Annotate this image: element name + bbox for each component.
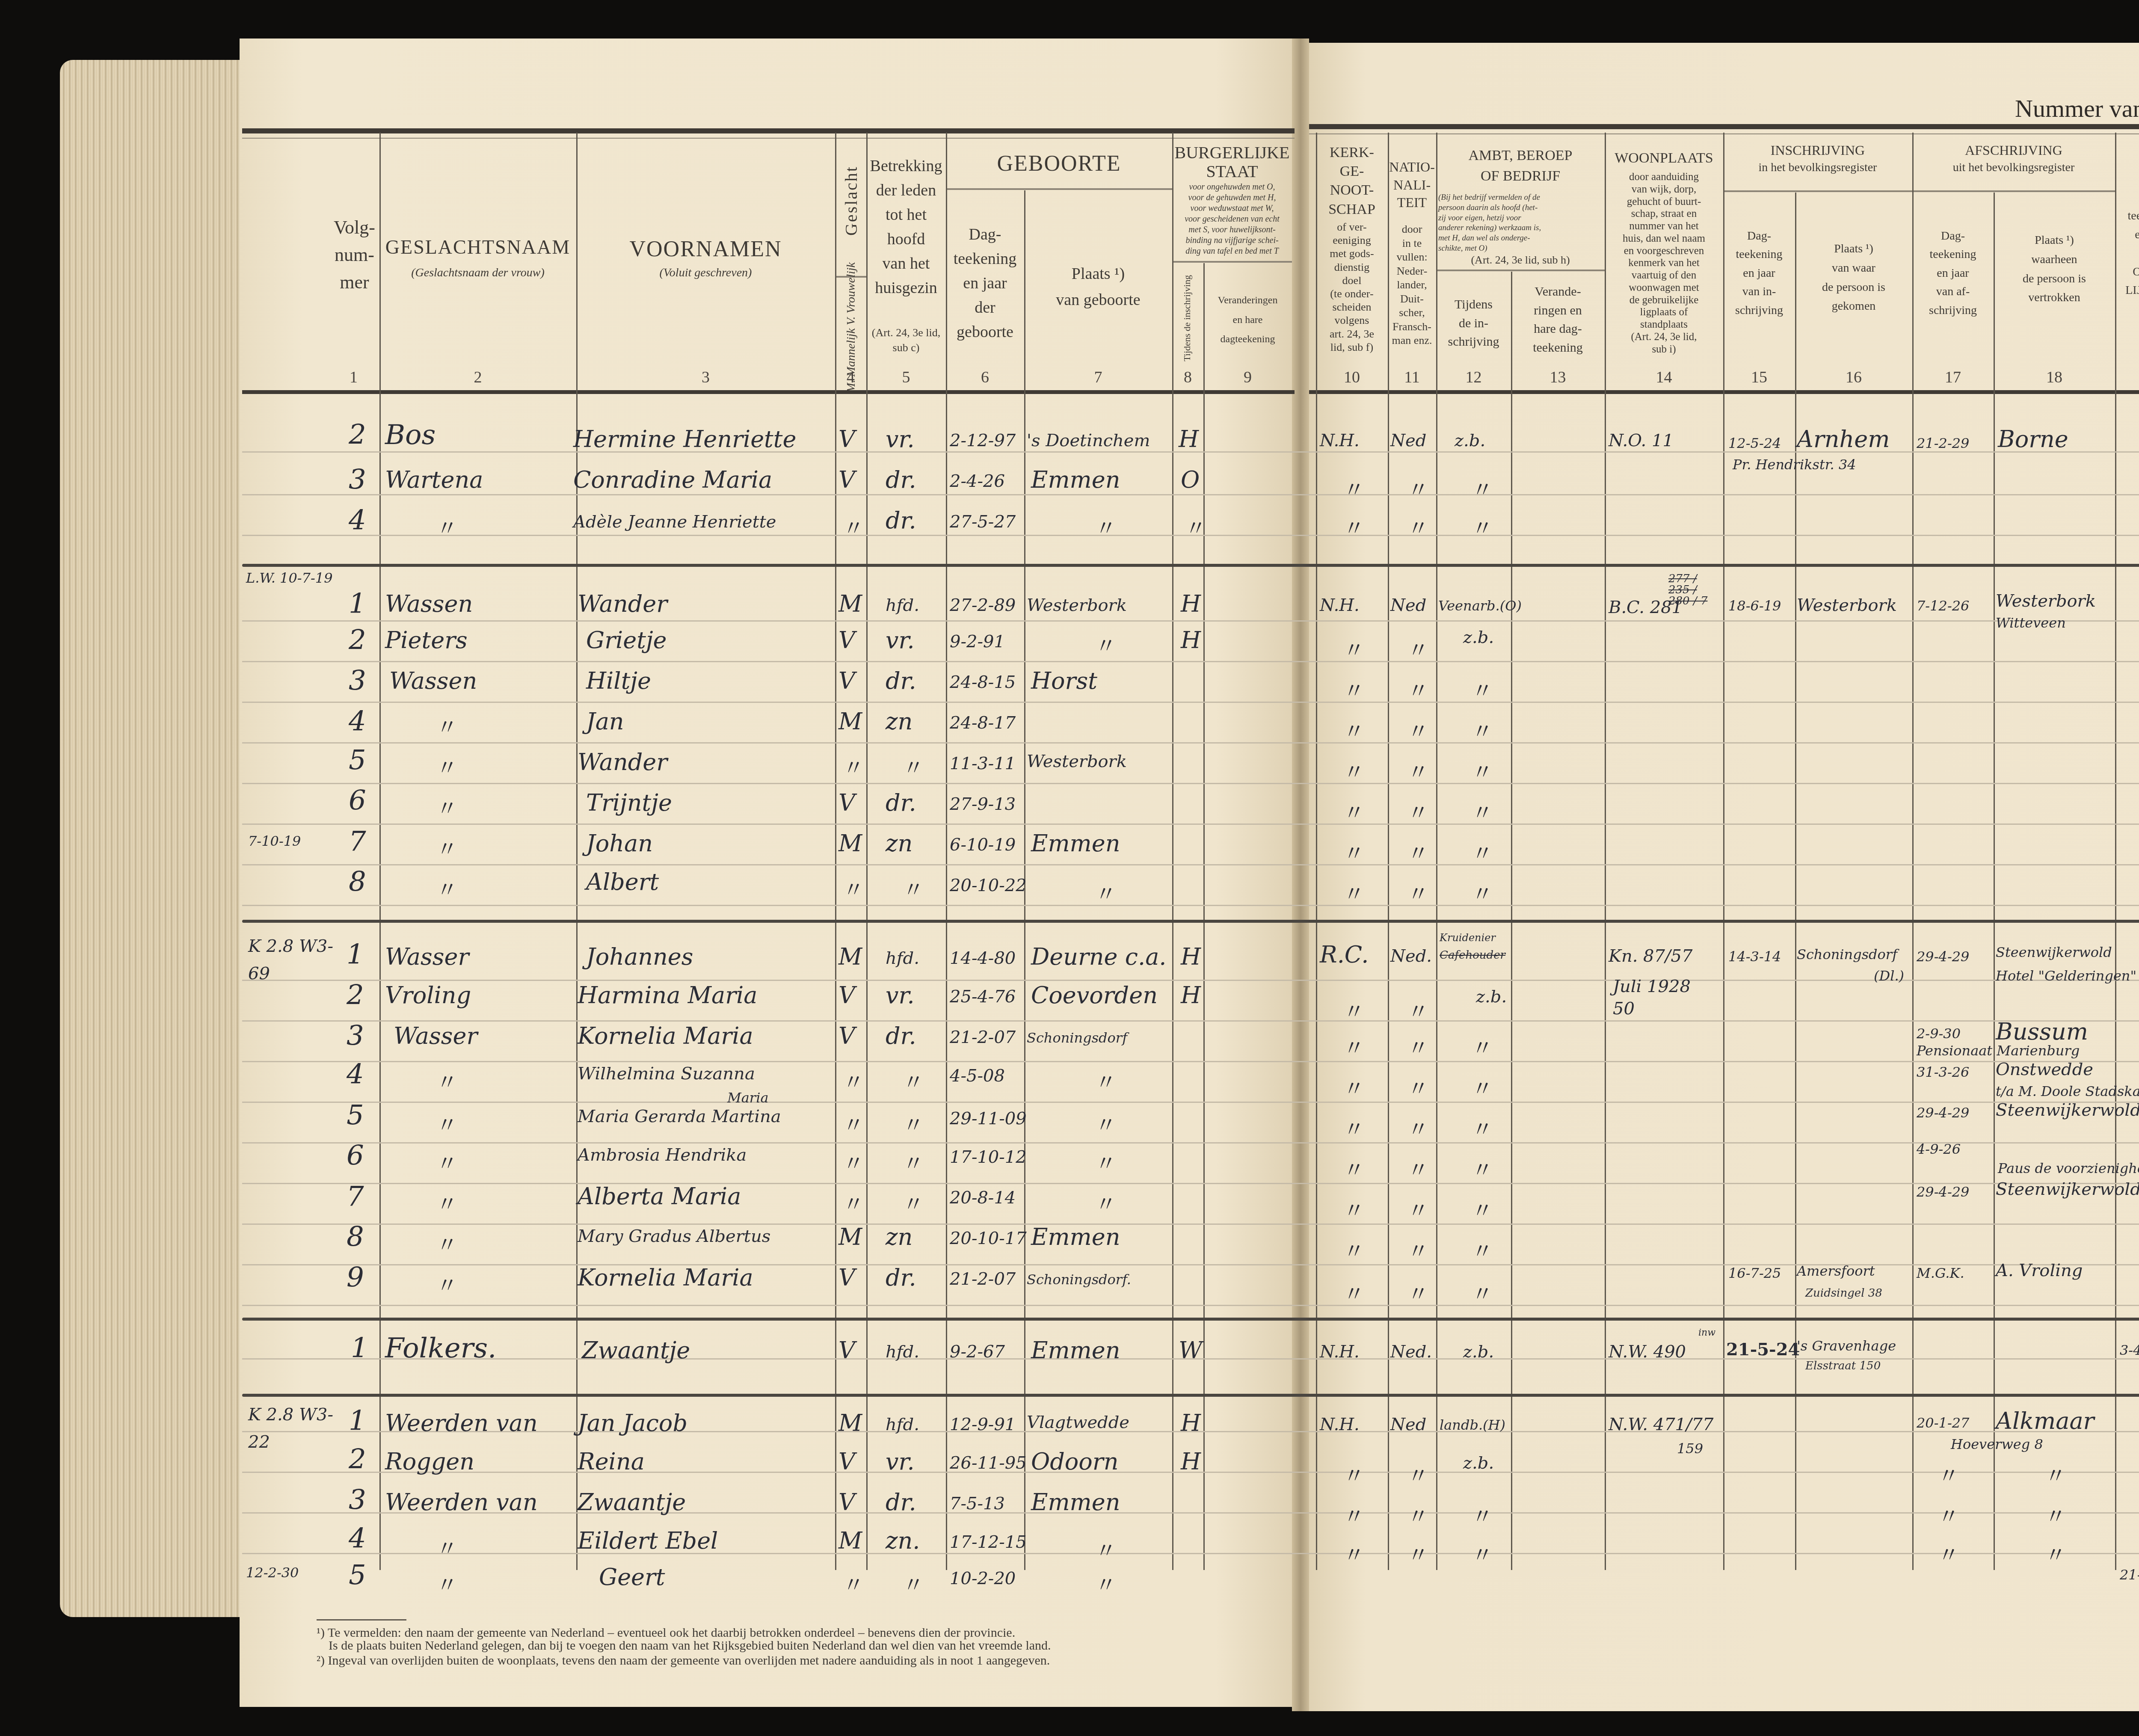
row-nr: 3 [349, 466, 366, 494]
header-line: door aanduiding [1605, 171, 1723, 184]
top-rule-right [1309, 124, 2139, 129]
header-geslachtsnaam: GESLACHTSNAAM [379, 233, 576, 262]
row-rule [242, 1223, 2139, 1225]
birth-date: 27-2-89 [950, 597, 1016, 614]
surname: Roggen [385, 1450, 474, 1473]
row-rule [242, 1183, 2139, 1184]
header-beroep-veranderingen: Verande- ringen en hare dag- teekening [1511, 282, 1605, 357]
birth-date: 14-4-80 [950, 950, 1016, 967]
header-woonplaats: WOONPLAATS [1605, 148, 1723, 169]
header-line: voor de gehuwden met H, [1173, 193, 1291, 203]
surname: Weerden van [385, 1412, 538, 1435]
row-nr: 2 [349, 421, 366, 449]
header-betrekking-sub: (Art. 24, 3e lid, sub c) [866, 325, 946, 355]
book-gutter [1292, 39, 1309, 1711]
sex: V [838, 468, 855, 492]
given-names: Harmina Maria [578, 984, 757, 1007]
header-line: van geboorte [1024, 287, 1172, 313]
header-line: Dag- [1912, 227, 1994, 245]
ditto-mark: 〃 [1472, 755, 1493, 786]
sex: M [838, 832, 862, 855]
registration-extra: (Dl.) [1874, 969, 1904, 983]
header-ambt-art: (Art. 24, 3e lid, sub h) [1436, 252, 1605, 267]
deregistration-destination: Alkmaar [1996, 1410, 2094, 1433]
header-line: voor weduwstaat met W, [1173, 203, 1291, 214]
relation: vr. [886, 1450, 915, 1473]
ditto-mark: 〃 [903, 873, 924, 904]
header-line: nummer van het [1605, 220, 1723, 233]
relation: dr. [886, 1491, 916, 1514]
header-line: dienstig [1316, 261, 1388, 274]
residence: Kn. 87/57 [1609, 948, 1692, 965]
ditto-mark: 〃 [436, 873, 458, 904]
ditto-mark: 〃 [1472, 674, 1493, 705]
surname: Folkers. [385, 1335, 496, 1362]
row-rule [242, 864, 2139, 865]
relation: dr. [886, 1266, 916, 1289]
header-betrekking: Betrekking der leden tot het hoofd van h… [866, 154, 946, 300]
deregistration-date: 2-9-30 [1917, 1027, 1961, 1040]
header-line: Dag- [946, 222, 1024, 247]
ditto-mark: 〃 [1343, 633, 1365, 664]
header-line: Plaats ¹) [1994, 231, 2115, 250]
column-number: 19 [2115, 368, 2139, 387]
birth-date: 9-2-91 [950, 633, 1005, 650]
ditto-mark: 〃 [1472, 1153, 1493, 1184]
header-line: de persoon is [1994, 270, 2115, 289]
given-names: Hermine Henriette [573, 428, 796, 451]
ditto-mark: 〃 [1407, 836, 1429, 867]
ditto-mark: 〃 [436, 1108, 458, 1139]
row-nr: 2 [347, 982, 364, 1009]
col-line [576, 133, 578, 1570]
relation: vr. [886, 629, 915, 652]
header-line: anderer rekening) werkzaam is, [1438, 223, 1603, 233]
ditto-mark: 〃 [1407, 755, 1429, 786]
header-voornamen-sub: (Voluit geschreven) [576, 265, 835, 281]
birth-place: Westerbork [1027, 753, 1127, 770]
ditto-mark: 〃 [903, 1187, 924, 1218]
geboorte-subrule [946, 188, 1172, 190]
ditto-mark: 〃 [1472, 836, 1493, 867]
birth-date: 17-10-12 [950, 1149, 1027, 1166]
ditto-mark: 〃 [1407, 1234, 1429, 1265]
header-burgerlijke-staat: BURGERLIJKE STAAT [1172, 143, 1292, 181]
given-names: Johan [586, 832, 653, 855]
birth-date: 25-4-76 [950, 988, 1016, 1005]
given-names: Maria Gerarda Martina [578, 1108, 781, 1125]
ditto-mark: 〃 [1407, 633, 1429, 664]
header-geslacht: Geslacht [839, 154, 864, 248]
margin-note: L.W. 10-7-19 [246, 571, 340, 585]
occupation: z.b. [1455, 432, 1485, 449]
footnote-2: ²) Ingeval van overlijden buiten de woon… [317, 1653, 1050, 1668]
birth-date: 27-5-27 [950, 513, 1016, 530]
row-rule [242, 661, 2139, 662]
civil-status: H [1181, 592, 1201, 616]
header-woonplaats-sub: door aanduiding van wijk, dorp, gehucht … [1605, 171, 1723, 355]
birth-date: 29-11-09 [950, 1110, 1027, 1127]
occupation: z.b. [1476, 988, 1507, 1005]
ditto-mark: 〃 [1407, 1153, 1429, 1184]
given-names: Wander [578, 592, 667, 616]
header-line: teekening [946, 247, 1024, 271]
death-date: 21-4-20 [2120, 1568, 2139, 1582]
header-line: doel [1316, 274, 1388, 287]
row-nr: 5 [349, 1561, 366, 1589]
row-nr: 5 [347, 1102, 364, 1129]
birth-date: 21-2-07 [950, 1029, 1016, 1046]
civil-status: H [1181, 1412, 1201, 1435]
header-line: der [946, 296, 1024, 320]
ditto-mark: 〃 [903, 1146, 924, 1177]
birth-place: Vlagtwedde [1027, 1414, 1129, 1431]
registration-date: 21-5-24 [1726, 1341, 1800, 1358]
deregistration-destination: Onstwedde [1996, 1061, 2093, 1078]
header-line: SCHAP [1316, 200, 1388, 219]
registration-origin: Westerbork [1797, 597, 1897, 614]
birth-date: 27-9-13 [950, 796, 1016, 813]
ditto-mark: 〃 [1472, 1538, 1493, 1569]
header-line: vertrokken [1994, 288, 2115, 308]
birth-place: 's Doetinchem [1027, 432, 1150, 449]
sex: M [838, 1529, 862, 1552]
deregistration-extra: Hoeverweg 8 [1951, 1437, 2043, 1451]
header-line: persoon daarin als hoofd (het- [1438, 203, 1603, 213]
header-afschrijving-datum: Dag- teekening en jaar van af- schrijvin… [1912, 227, 1994, 320]
residence-extra: Juli 1928 50 [1613, 975, 1715, 1020]
header-afschrijving: AFSCHRIJVING uit het bevolkingsregister [1912, 141, 2115, 176]
birth-date: 20-8-14 [950, 1189, 1016, 1206]
header-line: gekomen [1795, 297, 1912, 316]
header-line: en jaar [1723, 264, 1795, 282]
registration-extra: Zuidsingel 38 [1805, 1288, 1882, 1299]
ditto-mark: 〃 [1472, 714, 1493, 745]
civil-status: H [1181, 1450, 1201, 1473]
given-names: Kornelia Maria [578, 1025, 753, 1048]
birth-date: 24-8-15 [950, 674, 1016, 691]
ditto-mark: 〃 [1185, 511, 1206, 542]
row-nr: 1 [349, 590, 366, 618]
ditto-mark: 〃 [436, 1268, 458, 1299]
header-geslachtsnaam-sub: (Geslachtsnaam der vrouw) [379, 265, 576, 281]
registration-origin: Schoningsdorf [1797, 948, 1897, 961]
header-line: en jaar [946, 271, 1024, 296]
header-line: art. 24, 3e [1316, 327, 1388, 341]
header-line: vullen: [1388, 250, 1436, 264]
header-line: mer [329, 269, 379, 296]
ditto-mark: 〃 [903, 1568, 924, 1599]
row-nr: 9 [347, 1264, 364, 1292]
header-line: num- [329, 241, 379, 269]
church: N.H. [1320, 597, 1360, 614]
header-line: van het [866, 252, 946, 276]
sex: V [838, 1266, 855, 1289]
ditto-mark: 〃 [436, 791, 458, 822]
given-names: Zwaantje [582, 1339, 690, 1362]
ditto-mark: 〃 [436, 1065, 458, 1096]
header-line: met S, voor huwelijksont- [1173, 225, 1291, 235]
birth-date: 4-5-08 [950, 1067, 1005, 1084]
header-line: Plaats ¹) [1024, 261, 1172, 287]
birth-place: Westerbork [1027, 597, 1127, 614]
header-line: schrijving [1723, 301, 1795, 320]
column-number: 4 [835, 368, 866, 387]
header-volgnummer: Volg- num- mer [329, 214, 379, 296]
occupation: Veenarb.(O) [1438, 599, 1522, 613]
ditto-mark: 〃 [903, 751, 924, 782]
ditto-mark: 〃 [1095, 629, 1117, 660]
header-line: in te [1388, 237, 1436, 251]
column-number: 13 [1511, 368, 1605, 387]
col-line [1912, 133, 1914, 1570]
ditto-mark: 〃 [1407, 511, 1429, 542]
row-nr: 8 [349, 868, 366, 896]
ditto-mark: 〃 [903, 1108, 924, 1139]
given-names-insert: Maria [727, 1091, 768, 1105]
header-line: van wijk, dorp, [1605, 184, 1723, 196]
margin-note: 7-10-19 [248, 834, 301, 848]
ditto-mark: 〃 [436, 1228, 458, 1259]
header-voornamen: VOORNAMEN [576, 233, 835, 265]
header-geboortedatum: Dag- teekening en jaar der geboorte [946, 222, 1024, 344]
given-names: Conradine Maria [573, 468, 772, 492]
ditto-mark: 〃 [436, 1146, 458, 1177]
row-rule [242, 1305, 2139, 1306]
ditto-mark: 〃 [436, 511, 458, 542]
row-rule [242, 1142, 2139, 1144]
registration-extra: Elsstraat 150 [1805, 1360, 1881, 1372]
header-line: NALI- [1388, 176, 1436, 194]
header-line: teekening [1912, 245, 1994, 264]
column-number: 16 [1795, 368, 1912, 387]
margin-note: K 2.8 W3-69 [248, 933, 334, 987]
header-line: man enz. [1388, 334, 1436, 348]
civil-status: W [1179, 1339, 1203, 1362]
given-names: Adèle Jeanne Henriette [573, 513, 776, 530]
deregistration-date: 29-4-29 [1917, 950, 1969, 963]
header-line: Volg- [329, 214, 379, 241]
ditto-mark: 〃 [843, 1065, 864, 1096]
header-geboorteplaats: Plaats ¹) van geboorte [1024, 261, 1172, 313]
ditto-mark: 〃 [1095, 1065, 1117, 1096]
deregistration-destination: Paus de voorzienigheid. [1998, 1161, 2139, 1175]
top-rule-left [242, 128, 1295, 133]
header-tijdens-inschrijving: Tijdens de inschrijving [1181, 280, 1194, 361]
deregistration-destination: A. Vroling [1996, 1262, 2083, 1279]
ditto-mark: 〃 [1343, 1194, 1365, 1224]
ditto-mark: 〃 [436, 710, 458, 741]
sex: V [838, 428, 855, 451]
nationality: Ned. [1390, 1343, 1432, 1360]
ditto-mark: 〃 [1407, 1499, 1429, 1530]
ditto-mark: 〃 [1407, 1459, 1429, 1490]
column-number: 14 [1605, 368, 1723, 387]
header-ambt-beroep: AMBT, BEROEP OF BEDRIJF [1436, 145, 1605, 186]
header-line: der leden [866, 178, 946, 203]
occupation: z.b. [1463, 629, 1494, 646]
header-line: OVER- [2115, 263, 2139, 281]
header-geboorte: GEBOORTE [946, 148, 1172, 180]
header-line: scheiden [1316, 300, 1388, 314]
deregistration-date: 21-2-29 [1917, 436, 1969, 450]
deregistration-destination: Borne [1998, 428, 2068, 451]
ditto-mark: 〃 [1343, 1072, 1365, 1102]
row-rule [242, 905, 2139, 906]
header-line: scher, [1388, 306, 1436, 320]
ditto-mark: 〃 [1343, 755, 1365, 786]
ditto-mark: 〃 [436, 832, 458, 863]
nationality: Ned [1390, 432, 1426, 449]
row-nr: 1 [351, 1335, 368, 1362]
ditto-mark: 〃 [1938, 1499, 1959, 1530]
header-line: geboorte [946, 320, 1024, 344]
header-burgerlijke-sub: voor ongehuwden met O, voor de gehuwden … [1173, 182, 1291, 257]
birth-date: 6-10-19 [950, 836, 1016, 853]
col-line [1203, 263, 1205, 1570]
row-rule [242, 783, 2139, 784]
row-nr: 3 [349, 667, 366, 695]
header-line: van [2115, 244, 2139, 262]
ditto-mark: 〃 [1343, 674, 1365, 705]
column-number: 3 [576, 368, 835, 387]
row-rule [242, 1553, 2139, 1554]
header-line: door [1388, 222, 1436, 237]
deregistration-date: 29-4-29 [1917, 1185, 1969, 1199]
ditto-mark: 〃 [1343, 1234, 1365, 1265]
civil-status: H [1181, 945, 1201, 969]
row-nr: 6 [349, 787, 366, 815]
registration-origin: Amersfoort [1797, 1264, 1875, 1278]
header-line: volgens [1316, 314, 1388, 327]
ditto-mark: 〃 [1343, 1277, 1365, 1308]
relation: hfd. [886, 597, 919, 614]
relation: hfd. [886, 950, 919, 967]
ditto-mark: 〃 [1407, 473, 1429, 504]
ditto-mark: 〃 [1472, 473, 1493, 504]
residence-extra: 159 [1677, 1442, 1703, 1455]
sex: V [838, 791, 855, 815]
ditto-mark: 〃 [1938, 1459, 1959, 1490]
column-number: 7 [1024, 368, 1172, 387]
header-line: met gods- [1316, 247, 1388, 260]
ditto-mark: 〃 [1472, 1234, 1493, 1265]
sex: V [838, 1491, 855, 1514]
relation: zn [886, 832, 912, 855]
nationality: Ned. [1390, 948, 1432, 965]
birth-place: Odoorn [1031, 1450, 1118, 1473]
header-line: Neder- [1388, 264, 1436, 278]
ditto-mark: 〃 [1343, 1499, 1365, 1530]
surname: Wassen [385, 592, 473, 616]
surname: Wasser [394, 1025, 477, 1048]
header-line: vaartuig of den [1605, 270, 1723, 282]
occupation: Kruidenier [1440, 933, 1496, 943]
row-nr: 4 [349, 1525, 366, 1552]
header-line: LIJDEN ²) [2115, 281, 2139, 299]
row-rule [242, 494, 2139, 495]
birth-date: 20-10-22 [950, 877, 1027, 894]
household-separator [242, 1318, 2139, 1321]
ditto-mark: 〃 [1472, 1499, 1493, 1530]
deregistration-extra: Witteveen [1996, 616, 2066, 630]
occupation: landb.(H) [1440, 1418, 1505, 1432]
deregistration-date: M.G.K. [1917, 1266, 1964, 1280]
given-names: Albert [586, 871, 659, 894]
occupation: z.b. [1463, 1343, 1494, 1360]
relation: zn. [886, 1529, 920, 1552]
given-names: Eildert Ebel [578, 1529, 718, 1552]
page-stack-edge [60, 60, 248, 1617]
ditto-mark: 〃 [1095, 1146, 1117, 1177]
header-line: woonwagen met [1605, 282, 1723, 294]
relation: dr. [886, 468, 916, 492]
relation: dr. [886, 791, 916, 815]
ditto-mark: 〃 [1343, 714, 1365, 745]
birth-date: 20-10-17 [950, 1230, 1027, 1247]
ditto-mark: 〃 [1343, 995, 1365, 1025]
col-line [2115, 133, 2116, 1570]
header-line: standplaats [1605, 319, 1723, 331]
header-bottom-rule-left [242, 390, 1295, 394]
header-line: en hare [1203, 311, 1292, 330]
ditto-mark: 〃 [1472, 796, 1493, 827]
ditto-mark: 〃 [436, 1187, 458, 1218]
given-names: Hiltje [586, 670, 651, 693]
header-line: (Art. 24, 3e lid, [1605, 331, 1723, 344]
ditto-mark: 〃 [1407, 796, 1429, 827]
header-nationaliteit-sub: door in te vullen: Neder- lander, Duit- … [1388, 222, 1436, 348]
ditto-mark: 〃 [903, 1065, 924, 1096]
birth-date: 21-2-07 [950, 1271, 1016, 1288]
header-line: BURGERLIJKE [1172, 143, 1292, 162]
header-line: van af- [1912, 282, 1994, 301]
header-line: hoofd [866, 227, 946, 252]
col-line [1172, 133, 1173, 1570]
column-number: 1 [328, 368, 379, 387]
col-line [1723, 133, 1724, 1570]
residence-sup: inw [1698, 1328, 1715, 1338]
ditto-mark: 〃 [1407, 714, 1429, 745]
residence: N.W. 490 [1609, 1343, 1686, 1360]
residence: N.O. 11 [1609, 432, 1674, 449]
ditto-mark: 〃 [1407, 995, 1429, 1025]
sex: V [838, 629, 855, 652]
death-date: 3-4-28 [2120, 1343, 2139, 1357]
header-line: STAAT [1172, 162, 1292, 181]
row-rule [242, 620, 2139, 622]
header-nationaliteit: NATIO- NALI- TEIT [1388, 158, 1436, 212]
header-line: Verande- [1511, 282, 1605, 301]
header-line: en voorgeschreven [1605, 245, 1723, 258]
header-line: ding van tafel en bed met T [1173, 246, 1291, 257]
row-rule [242, 824, 2139, 825]
header-afschrijving-plaats: Plaats ¹) waarheen de persoon is vertrok… [1994, 231, 2115, 308]
header-line: ringen en [1511, 301, 1605, 320]
registration-date: 18-6-19 [1728, 599, 1781, 613]
relation: zn [886, 710, 912, 733]
deregistration-date: 7-12-26 [1917, 599, 1969, 613]
row-nr: 4 [347, 1061, 364, 1088]
sex: M [838, 1226, 862, 1249]
column-number: 5 [866, 368, 946, 387]
header-line: kenmerk van het [1605, 257, 1723, 270]
relation: vr. [886, 428, 915, 451]
row-nr: 5 [349, 747, 366, 774]
ditto-mark: 〃 [1095, 1534, 1117, 1564]
ditto-mark: 〃 [1343, 511, 1365, 542]
surname: Pieters [385, 629, 468, 652]
